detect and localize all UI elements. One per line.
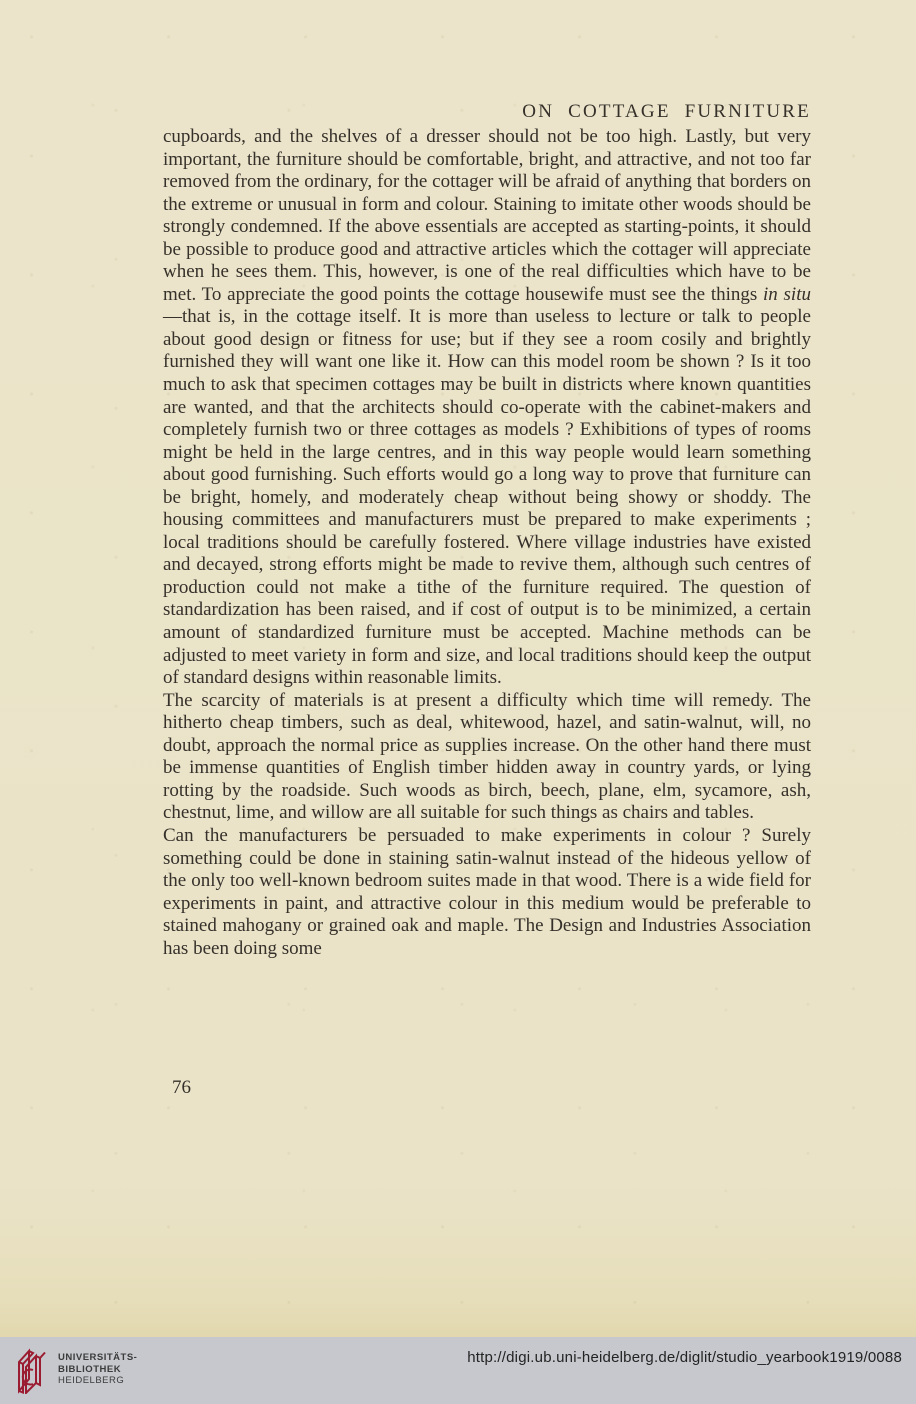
italic-phrase: in situ [763,284,811,305]
books-icon [12,1346,50,1394]
page-number: 76 [172,1077,191,1099]
library-logo-text: UNIVERSITÄTS- BIBLIOTHEK HEIDELBERG [58,1352,137,1387]
running-head-title: ON COTTAGE FURNITURE [163,101,811,123]
library-footer-bar: UNIVERSITÄTS- BIBLIOTHEK HEIDELBERG http… [0,1337,916,1404]
library-name-line1: UNIVERSITÄTS- [58,1352,137,1364]
paragraph: Can the manufacturers be persuaded to ma… [163,825,811,960]
library-logo: UNIVERSITÄTS- BIBLIOTHEK HEIDELBERG [12,1346,137,1394]
paragraph: cupboards, and the shelves of a dresser … [163,126,811,690]
source-url: http://digi.ub.uni-heidelberg.de/diglit/… [467,1349,902,1366]
paragraph: The scarcity of materials is at present … [163,690,811,825]
library-name-line3: HEIDELBERG [58,1375,137,1387]
body-text: cupboards, and the shelves of a dresser … [163,126,811,960]
library-name-line2: BIBLIOTHEK [58,1364,137,1376]
scanned-book-page: ON COTTAGE FURNITURE cupboards, and the … [0,0,916,1404]
